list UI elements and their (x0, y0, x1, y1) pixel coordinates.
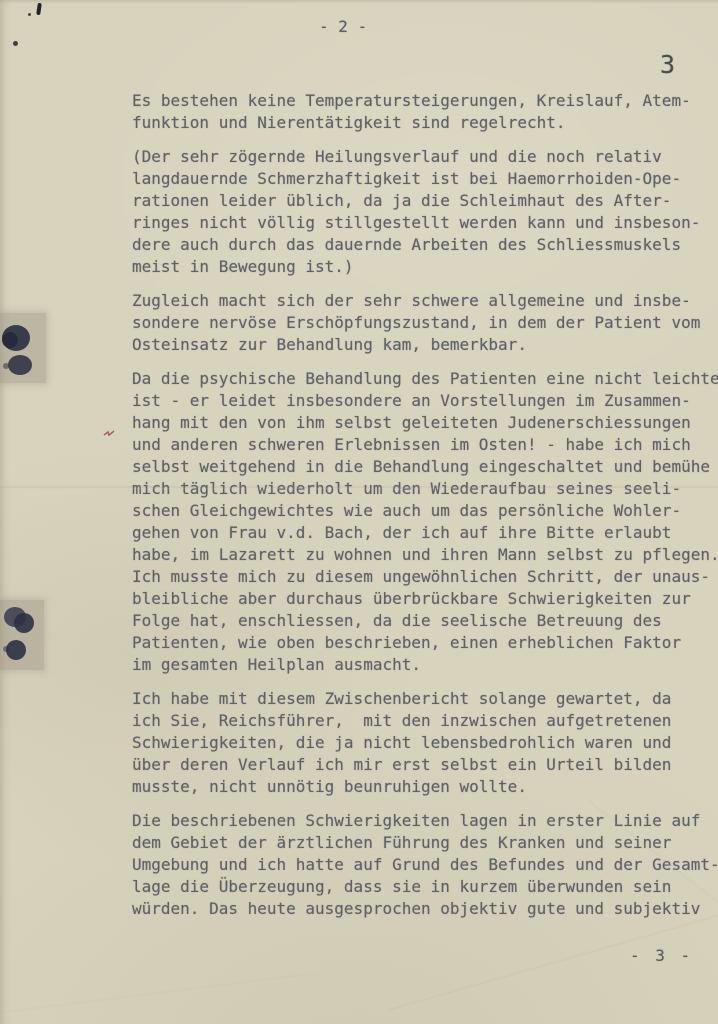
paragraph: Da die psychische Behandlung des Patient… (132, 368, 718, 676)
text-line: lage die Überzeugung, dass sie in kurzem… (132, 876, 718, 898)
paper-top-edge-shadow (0, 0, 718, 4)
fastener-stain-bottom (0, 600, 44, 670)
text-line: gehen von Frau v.d. Bach, der ich auf ih… (132, 522, 718, 544)
page-header-number: - 2 - (319, 17, 367, 36)
text-line: rationen leider üblich, da ja die Schlei… (132, 190, 718, 212)
text-line: meist in Bewegung ist.) (132, 256, 718, 278)
text-line: bleibliche aber durchaus überbrückbare S… (132, 588, 718, 610)
text-line: würden. Das heute ausgesprochen objektiv… (132, 898, 718, 920)
text-line: über deren Verlauf ich mir erst selbst e… (132, 754, 718, 776)
paragraph: Es bestehen keine Temperatursteigerungen… (132, 90, 718, 134)
text-line: dere auch durch das dauernde Arbeiten de… (132, 234, 718, 256)
scanned-document-page: - 2 - 3 Es bestehen keine Temperaturstei… (0, 0, 718, 1024)
paragraph: Ich habe mit diesem Zwischenbericht sola… (132, 688, 718, 798)
page-footer-number: - 3 - (630, 946, 693, 965)
fastener-stain-top (0, 313, 46, 383)
text-line: Zugleich macht sich der sehr schwere all… (132, 290, 718, 312)
text-line: selbst weitgehend in die Behandlung eing… (132, 456, 718, 478)
paragraph: Zugleich macht sich der sehr schwere all… (132, 290, 718, 356)
paragraph: (Der sehr zögernde Heilungsverlauf und d… (132, 146, 718, 278)
text-line: hang mit den von ihm selbst geleiteten J… (132, 412, 718, 434)
text-line: Osteinsatz zur Behandlung kam, bemerkbar… (132, 334, 718, 356)
paper-crease (0, 973, 319, 1019)
red-pencil-mark (103, 423, 115, 431)
text-line: funktion und Nierentätigkeit sind regelr… (132, 112, 718, 134)
text-line: (Der sehr zögernde Heilungsverlauf und d… (132, 146, 718, 168)
text-line: Schwierigkeiten, die ja nicht lebensbedr… (132, 732, 718, 754)
ink-blot-mark (36, 3, 42, 15)
text-line: im gesamten Heilplan ausmacht. (132, 654, 718, 676)
text-line: habe, im Lazarett zu wohnen und ihren Ma… (132, 544, 718, 566)
text-line: und anderen schweren Erlebnissen im Oste… (132, 434, 718, 456)
text-line: ist - er leidet insbesondere an Vorstell… (132, 390, 718, 412)
text-line: mich täglich wiederholt um den Wiederauf… (132, 478, 718, 500)
text-line: Da die psychische Behandlung des Patient… (132, 368, 718, 390)
text-line: Umgebung und ich hatte auf Grund des Bef… (132, 854, 718, 876)
text-line: Folge hat, enschliessen, da die seelisch… (132, 610, 718, 632)
text-line: Ich habe mit diesem Zwischenbericht sola… (132, 688, 718, 710)
text-line: Ich musste mich zu diesem ungewöhnlichen… (132, 566, 718, 588)
corner-page-number: 3 (660, 50, 675, 79)
ink-dot-mark (13, 41, 18, 46)
text-line: Die beschriebenen Schwierigkeiten lagen … (132, 810, 718, 832)
text-line: dem Gebiet der ärztlichen Führung des Kr… (132, 832, 718, 854)
text-line: ringes nicht völlig stillgestellt werden… (132, 212, 718, 234)
text-line: ich Sie, Reichsführer, mit den inzwische… (132, 710, 718, 732)
document-body: Es bestehen keine Temperatursteigerungen… (132, 90, 718, 932)
text-line: langdauernde Schmerzhaftigkeit ist bei H… (132, 168, 718, 190)
text-line: sondere nervöse Erschöpfungszustand, in … (132, 312, 718, 334)
paragraph: Die beschriebenen Schwierigkeiten lagen … (132, 810, 718, 920)
ink-dot-mark (28, 13, 31, 16)
text-line: Patienten, wie oben beschrieben, einen e… (132, 632, 718, 654)
text-line: Es bestehen keine Temperatursteigerungen… (132, 90, 718, 112)
text-line: schen Gleichgewichtes wie auch um das pe… (132, 500, 718, 522)
text-line: musste, nicht unnötig beunruhigen wollte… (132, 776, 718, 798)
